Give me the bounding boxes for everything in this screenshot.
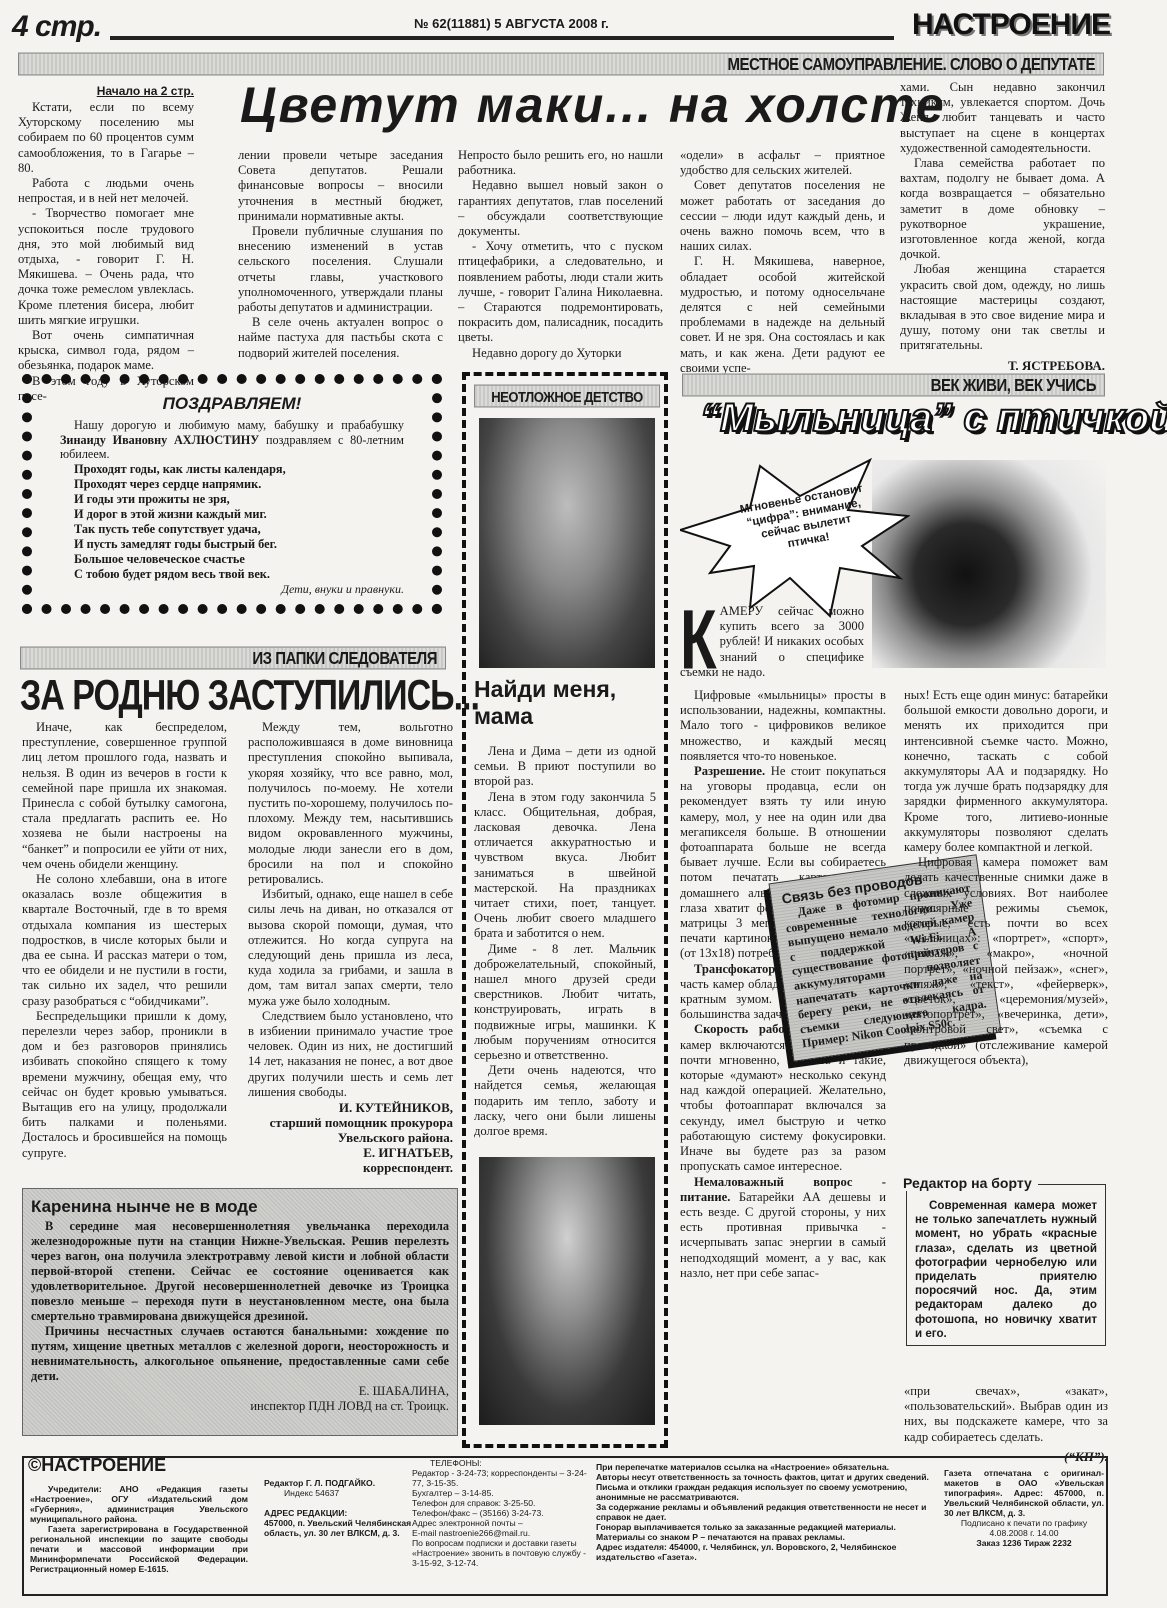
rubric-urgent-childhood: НЕОТЛОЖНОЕ ДЕТСТВО bbox=[474, 385, 660, 408]
editor-box: Редактор на борту Современная камера мож… bbox=[906, 1184, 1106, 1346]
rubric-live-and-learn: ВЕК ЖИВИ, ВЕК УЧИСЬ bbox=[682, 374, 1105, 397]
rubric-local-government: МЕСТНОЕ САМОУПРАВЛЕНИЕ. СЛОВО О ДЕПУТАТЕ bbox=[18, 53, 1104, 76]
article1-col3: Непросто было решить его, но нашли работ… bbox=[458, 148, 663, 361]
article1-col2: лении провели четыре заседания Совета де… bbox=[238, 148, 443, 361]
article1-author: Т. ЯСТРЕБОВА. bbox=[900, 358, 1105, 374]
page-number: 4 стр. bbox=[12, 10, 101, 44]
camera-colB-end: «при свечах», «закат», «пользовательский… bbox=[904, 1384, 1108, 1465]
greeting-poem: Проходят годы, как листы календаря,Прохо… bbox=[60, 462, 404, 582]
greeting-intro: Нашу дорогую и любимую маму, бабушку и п… bbox=[60, 418, 404, 462]
child-title: Найди меня, мама bbox=[474, 676, 624, 730]
karenina-author: Е. ШАБАЛИНА, bbox=[31, 1384, 449, 1399]
dropcap: К bbox=[680, 604, 717, 677]
header-rule bbox=[110, 36, 894, 40]
article2-title: ЗА РОДНЮ ЗАСТУПИЛИСЬ... bbox=[20, 672, 479, 721]
imprint-box: ©НАСТРОЕНИЕ Учредители: АНО «Редакция га… bbox=[22, 1456, 1108, 1596]
article2-col2: Между тем, вольготно расположившаяся в д… bbox=[248, 720, 453, 1175]
copyright-icon: © bbox=[28, 1455, 41, 1475]
author-ignatyev: Е. ИГНАТЬЕВ, bbox=[248, 1145, 453, 1160]
order-print-run: Заказ 1236 Тираж 2232 bbox=[944, 1538, 1104, 1548]
greeting-title: ПОЗДРАВЛЯЕМ! bbox=[60, 394, 404, 414]
editor-title: Редактор на борту bbox=[903, 1175, 1038, 1191]
greeting-signature: Дети, внуки и правнуки. bbox=[60, 582, 404, 597]
email: E-mail nastroenie266@mail.ru. bbox=[412, 1528, 592, 1538]
photo-lena bbox=[479, 418, 655, 668]
article1-title: Цветут маки... на холсте bbox=[240, 76, 946, 134]
camera-colB: ных! Есть еще один минус: батарейки боль… bbox=[904, 688, 1108, 1068]
article1-col5: хами. Сын недавно закончил техникум, увл… bbox=[900, 80, 1105, 374]
rubric-investigator: ИЗ ПАПКИ СЛЕДОВАТЕЛЯ bbox=[20, 647, 446, 670]
karenina-box: Каренина нынче не в моде В середине мая … bbox=[22, 1188, 458, 1436]
karenina-title: Каренина нынче не в моде bbox=[31, 1197, 449, 1217]
imprint-editor: Редактор Г. Л. ПОДГАЙКО. bbox=[264, 1478, 414, 1488]
article1-col1: Кстати, если по всему Хуторскому поселен… bbox=[18, 100, 194, 404]
camera-lead: К АМЕРУ сейчас можно купить всего за 300… bbox=[680, 604, 864, 680]
imprint-logo: ©НАСТРОЕНИЕ bbox=[28, 1460, 166, 1470]
newspaper-name: НАСТРОЕНИЕ bbox=[912, 8, 1110, 42]
camera-title: “Мыльница” с птичкой bbox=[700, 396, 1167, 441]
child-box: НЕОТЛОЖНОЕ ДЕТСТВО Найди меня, мама Лена… bbox=[462, 372, 668, 1448]
article2-col1: Иначе, как беспределом, преступление, со… bbox=[22, 720, 227, 1161]
photo-dima bbox=[479, 1157, 655, 1425]
author-kuteinikov: И. КУТЕЙНИКОВ, bbox=[248, 1100, 453, 1115]
greeting-box: ПОЗДРАВЛЯЕМ! Нашу дорогую и любимую маму… bbox=[22, 374, 442, 614]
page-header: 4 стр. № 62(11881) 5 АВГУСТА 2008 г. НАС… bbox=[12, 10, 1162, 46]
issue-date: № 62(11881) 5 АВГУСТА 2008 г. bbox=[410, 16, 613, 31]
article1-col4: «одели» в асфальт – приятное удобство дл… bbox=[680, 148, 885, 376]
continued-note: Начало на 2 стр. bbox=[18, 84, 194, 98]
